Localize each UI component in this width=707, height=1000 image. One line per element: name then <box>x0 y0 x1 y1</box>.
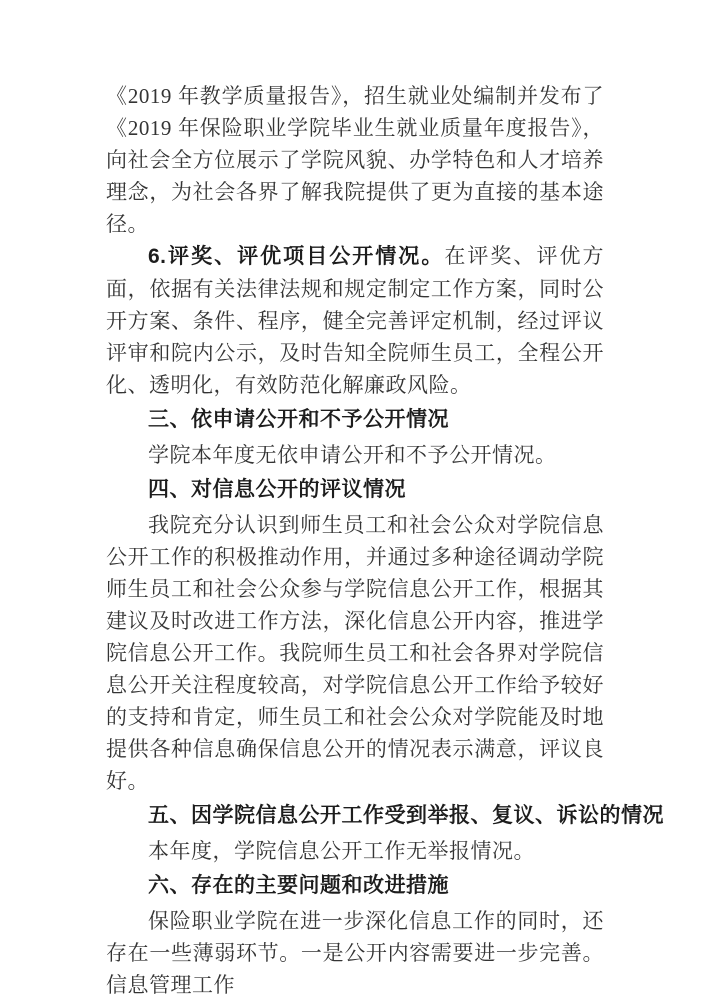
document-content: 《2019 年教学质量报告》，招生就业处编制并发布了《2019 年保险职业学院毕… <box>106 80 604 1000</box>
heading-section-three-request-disclosure: 三、依申请公开和不予公开情况 <box>106 404 604 436</box>
heading-section-four-evaluation: 四、对信息公开的评议情况 <box>106 474 604 506</box>
paragraph-awards-disclosure: 6.评奖、评优项目公开情况。在评奖、评优方面，依据有关法律法规和规定制定工作方案… <box>106 240 604 401</box>
paragraph-annual-reports: 《2019 年教学质量报告》，招生就业处编制并发布了《2019 年保险职业学院毕… <box>106 80 604 240</box>
paragraph-no-complaints: 本年度，学院信息公开工作无举报情况。 <box>106 835 604 867</box>
document-page: 《2019 年教学质量报告》，招生就业处编制并发布了《2019 年保险职业学院毕… <box>0 0 707 1000</box>
paragraph-problems-improvements: 保险职业学院在进一步深化信息工作的同时，还存在一些薄弱环节。一是公开内容需要进一… <box>106 905 604 1000</box>
paragraph-evaluation-details: 我院充分认识到师生员工和社会公众对学院信息公开工作的积极推动作用，并通过多种途径… <box>106 509 604 797</box>
heading-section-six-problems-improvements: 六、存在的主要问题和改进措施 <box>106 870 604 902</box>
paragraph-no-request-disclosure: 学院本年度无依申请公开和不予公开情况。 <box>106 439 604 471</box>
paragraph-lead-bold: 6.评奖、评优项目公开情况。 <box>148 245 444 268</box>
heading-section-five-complaints: 五、因学院信息公开工作受到举报、复议、诉讼的情况 <box>106 800 604 832</box>
